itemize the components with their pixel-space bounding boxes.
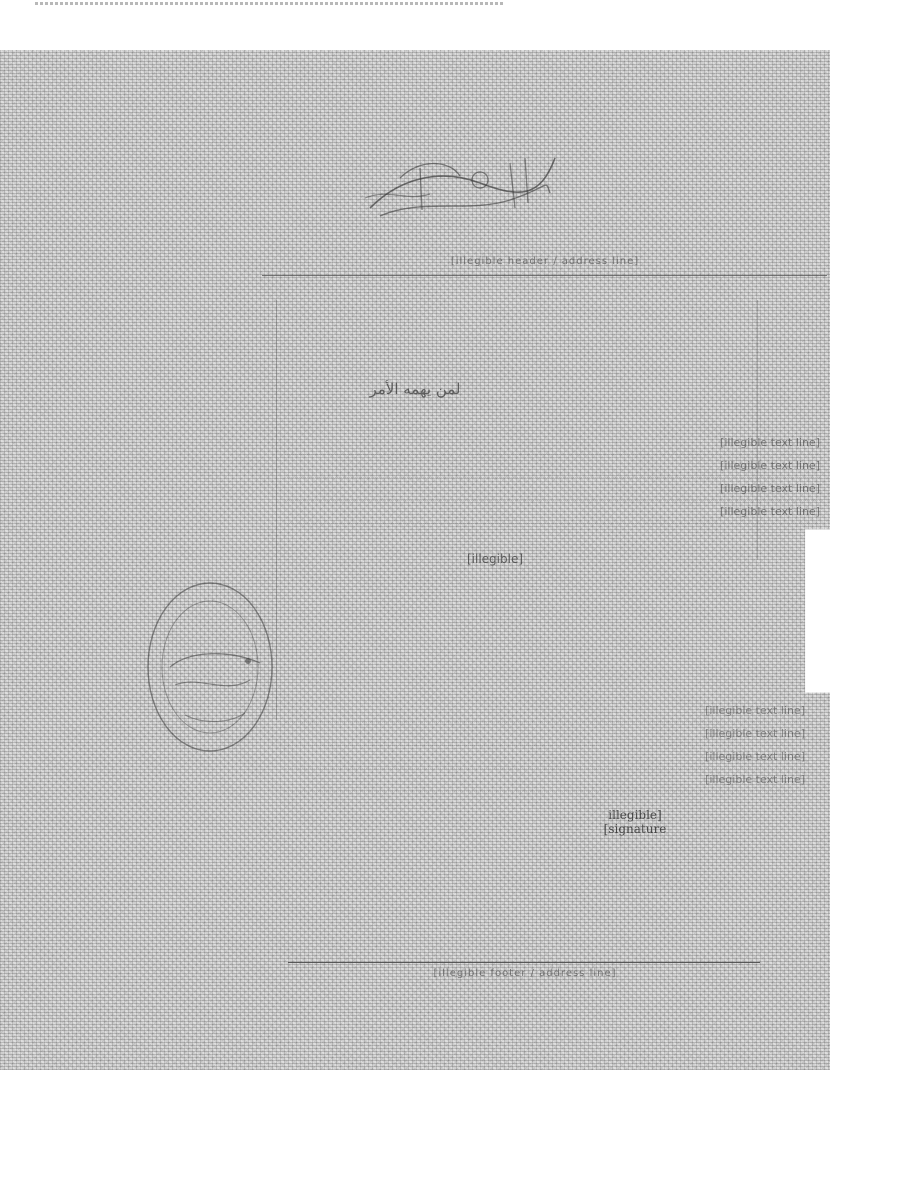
lower-line: [illegible text line] — [285, 700, 805, 723]
calligraphy-icon — [360, 138, 560, 228]
footer-divider — [288, 962, 760, 963]
body-line: [illegible text line] — [285, 455, 820, 478]
official-stamp: [illegible stamp text] — [140, 575, 280, 760]
letter-body: [illegible text line] [illegible text li… — [285, 432, 820, 524]
header-address-line: [illegible header / address line] — [270, 256, 820, 267]
body-line: [illegible text line] — [285, 478, 820, 501]
signature: [illegible signature] — [580, 808, 690, 836]
header-divider — [262, 275, 827, 276]
scanned-document-page: [illegible Arabic calligraphic letterhea… — [0, 0, 900, 1200]
lower-line: [illegible text line] — [285, 769, 805, 792]
lower-line: [illegible text line] — [285, 746, 805, 769]
scan-edge-artifact — [35, 2, 505, 5]
body-line: [illegible text line] — [285, 501, 820, 524]
lower-text-block: [illegible text line] [illegible text li… — [285, 700, 805, 792]
stamp-icon — [140, 575, 280, 760]
footer-address-line: [illegible footer / address line] — [290, 968, 760, 979]
calligraphy-letterhead: [illegible Arabic calligraphic letterhea… — [360, 138, 560, 228]
lower-line: [illegible text line] — [285, 723, 805, 746]
letter-heading: لمن يهمه الأمر — [290, 380, 540, 398]
body-line: [illegible text line] — [285, 432, 820, 455]
closing-line: [illegible] — [440, 552, 550, 566]
